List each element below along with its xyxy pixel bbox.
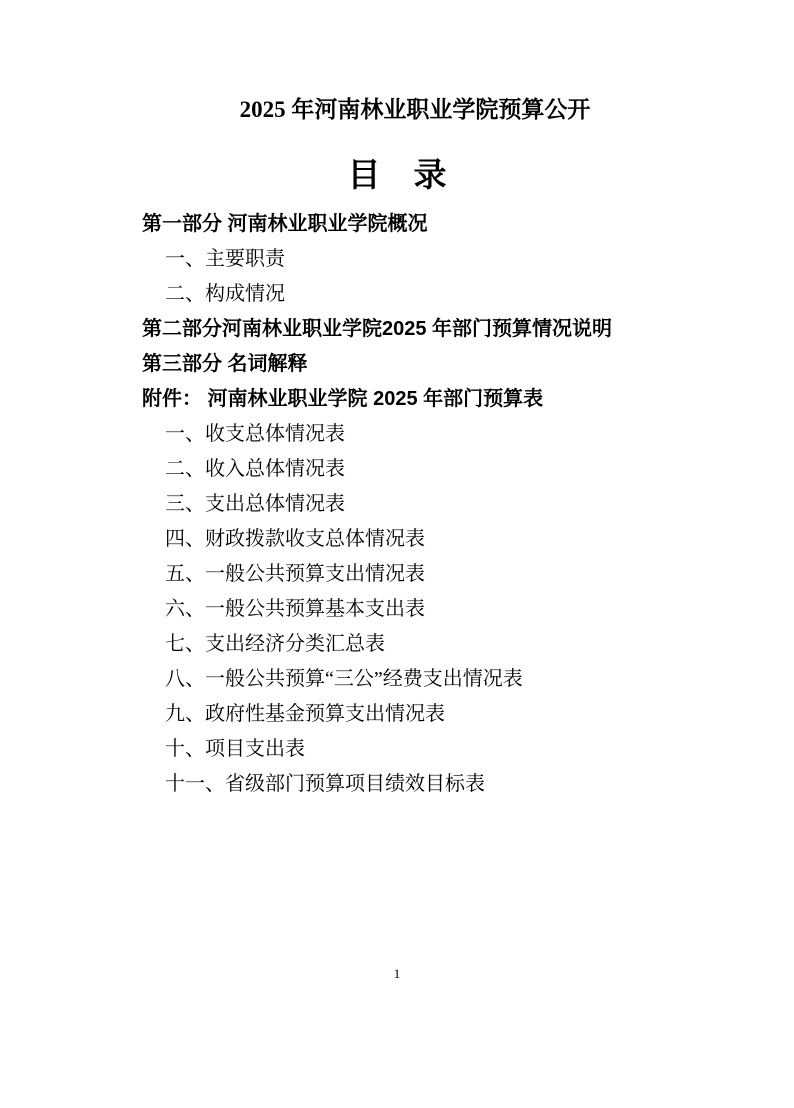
toc-item-table-3: 三、支出总体情况表 xyxy=(142,487,702,522)
document-title: 2025 年河南林业职业学院预算公开 xyxy=(18,95,794,125)
toc-heading: 目 录 xyxy=(0,154,794,197)
page-number: 1 xyxy=(0,966,794,982)
toc-list: 第一部分 河南林业职业学院概况 一、主要职责 二、构成情况 第二部分河南林业职业… xyxy=(142,207,702,802)
toc-section-appendix: 附件： 河南林业职业学院 2025 年部门预算表 xyxy=(142,382,702,417)
toc-item-table-1: 一、收支总体情况表 xyxy=(142,417,702,452)
toc-item-table-8: 八、一般公共预算“三公”经费支出情况表 xyxy=(142,662,702,697)
toc-item-table-7: 七、支出经济分类汇总表 xyxy=(142,627,702,662)
toc-item-duties: 一、主要职责 xyxy=(142,242,702,277)
toc-item-table-6: 六、一般公共预算基本支出表 xyxy=(142,592,702,627)
toc-item-table-4: 四、财政拨款收支总体情况表 xyxy=(142,522,702,557)
toc-section-part-2: 第二部分河南林业职业学院2025 年部门预算情况说明 xyxy=(142,312,702,347)
toc-item-table-11: 十一、省级部门预算项目绩效目标表 xyxy=(142,767,702,802)
toc-item-table-2: 二、收入总体情况表 xyxy=(142,452,702,487)
toc-item-table-10: 十、项目支出表 xyxy=(142,732,702,767)
toc-item-table-9: 九、政府性基金预算支出情况表 xyxy=(142,697,702,732)
toc-item-composition: 二、构成情况 xyxy=(142,277,702,312)
toc-section-part-3: 第三部分 名词解释 xyxy=(142,347,702,382)
toc-item-table-5: 五、一般公共预算支出情况表 xyxy=(142,557,702,592)
toc-section-part-1: 第一部分 河南林业职业学院概况 xyxy=(142,207,702,242)
document-page: 2025 年河南林业职业学院预算公开 目 录 第一部分 河南林业职业学院概况 一… xyxy=(0,0,794,1108)
